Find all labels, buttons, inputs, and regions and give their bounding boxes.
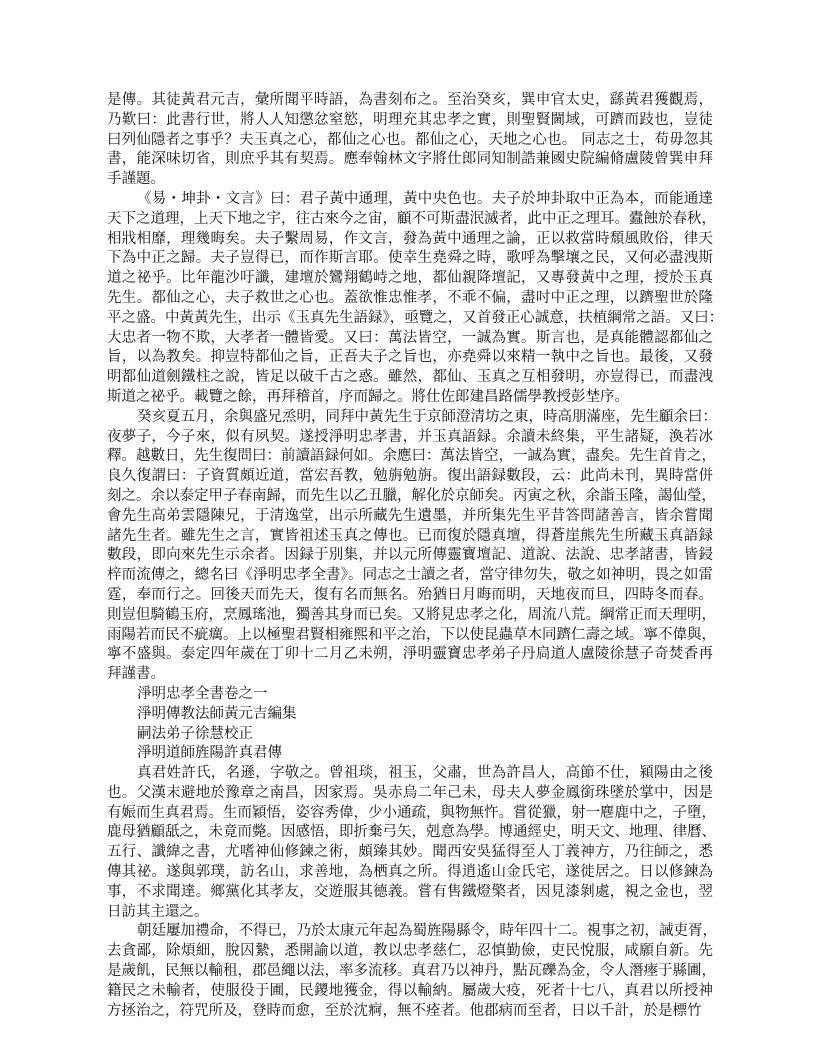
text-line: 也。父漢末避地於豫章之南昌，因家焉。吳赤烏二年己未，母夫人夢金鳳銜珠墜於掌中，因… <box>107 784 713 804</box>
text-line: 手謹題。 <box>107 170 713 190</box>
text-line: 真君姓許氏，名遜，字敬之。曾祖琰，祖玉，父肅，世為許昌人，高節不仕，潁陽由之後 <box>107 764 713 784</box>
text-line: 相戕相靡，理幾晦矣。夫子繫周易，作文言，發為黃中通理之論，正以救當時頹風敗俗，律… <box>107 230 713 250</box>
text-line: 籍民之未輸者，使服役于圃，民鑁地獲金，得以輸納。屬歲大疫，死者十七八，真君以所授… <box>107 982 713 1002</box>
text-line: 釋。越數日，先生復問曰：前讀語録何如。余應曰：萬法皆空，一誠為實，盡矣。先生首肯… <box>107 447 713 467</box>
text-line: 梓而流傳之，總名曰《淨明忠孝全書》。同志之士讀之者，當守律勿失，敬之如神明，畏之… <box>107 566 713 586</box>
text-line: 寧不盛與。泰定四年歲在丁卯十二月乙未朔，淨明靈寶忠孝弟子丹扃道人盧陵徐慧子奇焚香… <box>107 645 713 665</box>
text-line: 五行、讖緯之書，尤嗜神仙修鍊之術，頗臻其妙。聞西安吳猛得至人丁義神方，乃往師之，… <box>107 843 713 863</box>
section-heading: 嗣法弟子徐慧校正 <box>107 725 713 745</box>
text-line: 曰列仙隱者之事乎？夫玉真之心，都仙之心也。都仙之心，天地之心也。 同志之士，苟毋… <box>107 131 713 151</box>
text-line: 霆，奉而行之。回後天而先天，復有名而無名。殆猶日月晦而明，天地夜而旦，四時冬而春… <box>107 586 713 606</box>
text-line: 天下之道理，上天下地之宇，往古來今之宙，顧不可斯盡泯滅者，此中正之理耳。蠹蝕於春… <box>107 210 713 230</box>
paragraph: 是傳。其徒黃君元吉，彙所聞平時語，為書刻布之。至治癸亥，巽申官太史，繇黃君獲觀焉… <box>107 91 713 190</box>
text-line: 書，能深味切省，則庶乎其有契焉。應奉翰林文字將仕郎同知制誥兼國史院編脩盧陵曾巽申… <box>107 150 713 170</box>
text-line: 癸亥夏五月，余與盛兄烝明，同拜中黃先生于京師澄清坊之東，時高朋滿座，先生顧余曰： <box>107 408 713 428</box>
text-line: 良久復謂曰：子資質頗近道，當宏吾教，勉旃勉旃。復出語録數段，云：此尚未刊，異時當… <box>107 467 713 487</box>
text-line: 淨明傳教法師黃元吉編集 <box>107 705 713 725</box>
text-line: 有娠而生真君焉。生而穎悟，姿容秀偉，少小通疏，與物無忤。嘗從獵，射一麀鹿中之，子… <box>107 804 713 824</box>
text-line: 淨明忠孝全書卷之一 <box>107 685 713 705</box>
text-line: 先生。都仙之心，夫子救世之心也。蓋欲惟忠惟孝，不乖不偏，盡吋中正之理，以躋聖世於… <box>107 289 713 309</box>
text-line: 斯道之祕乎。載覽之餘，再拜稽首，序而歸之。將仕佐郎建昌路儒學教授彭埜序。 <box>107 388 713 408</box>
text-line: 日訪其主還之。 <box>107 903 713 923</box>
text-line: 則豈但騎鶴玉府，烹鳳瑤池，獨善其身而已矣。又將見忠孝之化，周流八荒。綱常正而天理… <box>107 606 713 626</box>
text-line: 旨，以為教矣。抑豈特都仙之旨，正吾夫子之旨也，亦堯舜以來精一執中之旨也。最後，又… <box>107 348 713 368</box>
text-line: 諸先生者。雖先生之言，實皆祖述玉真之傳也。已而復於隱真壇，得蒼崖熊先生所藏玉真語… <box>107 527 713 547</box>
text-line: 雨陽若而民不疵癘。上以極聖君賢相雍熙和平之治，下以使昆蟲草木同躋仁壽之域。寧不偉… <box>107 626 713 646</box>
text-line: 方拯治之，符咒所及，登時而愈，至於沈痾，無不痊者。他郡病而至者，日以千計，於是標… <box>107 1002 713 1022</box>
text-line: 會先生高弟雲隱陳兄，于清逸堂，出示所藏先生遺墨，并所集先生平昔答問諸善言，皆余嘗… <box>107 507 713 527</box>
text-line: 《易・坤卦・文言》曰：君子黃中通理，黃中央色也。夫子於坤卦取中正為本，而能通達 <box>107 190 713 210</box>
text-line: 夜夢子，今子來，似有夙契。遂授淨明忠孝書，并玉真語録。余讀未終集，平生諸疑，渙若… <box>107 428 713 448</box>
text-line: 明都仙道劍鐵柱之說，皆足以破千古之惑。雖然，都仙、玉真之互相發明，亦豈得已，而盡… <box>107 368 713 388</box>
text-line: 傳其祕。遂與郭璞，訪名山，求善地，為栖真之所。得逍遙山金氏宅，遂徙居之。日以修鍊… <box>107 863 713 883</box>
paragraph: 朝廷屢加禮命，不得已，乃於太康元年起為蜀旌陽縣令，時年四十二。視事之初，誡吏胥，… <box>107 922 713 1021</box>
section-heading: 淨明忠孝全書卷之一 <box>107 685 713 705</box>
paragraph: 真君姓許氏，名遜，字敬之。曾祖琰，祖玉，父肅，世為許昌人，高節不仕，潁陽由之後也… <box>107 764 713 922</box>
text-line: 事，不求聞達。鄉黨化其孝友，交遊服其德義。嘗有售鐵燈檠者，因見漆剝處，視之金也，… <box>107 883 713 903</box>
text-line: 平之盛。中黃黃先生，出示《玉真先生語録》，亟覽之，又首發正心誠意，扶植綱常之語。… <box>107 309 713 329</box>
text-line: 數段，即向來先生示余者。因録于別集，并以元所傳靈寶壇記、道說、法說、忠孝諸書，皆… <box>107 546 713 566</box>
text-line: 拜謹書。 <box>107 665 713 685</box>
text-line: 朝廷屢加禮命，不得已，乃於太康元年起為蜀旌陽縣令，時年四十二。視事之初，誡吏胥， <box>107 922 713 942</box>
text-line: 刻之。余以泰定甲子春南歸，而先生以乙丑臘，解化於京師矣。丙寅之秋，余詣玉隆，謁仙… <box>107 487 713 507</box>
text-line: 大忠者一物不欺，大孝者一體皆愛。又曰：萬法皆空，一誠為實。斯言也，是真能體認都仙… <box>107 329 713 349</box>
text-line: 鹿母猶顧舐之，未竟而斃。因感悟，即折棄弓矢，剋意為學。博通經史，明天文、地理、律… <box>107 823 713 843</box>
section-heading: 淨明傳教法師黃元吉編集 <box>107 705 713 725</box>
text-line: 淨明道師旌陽許真君傳 <box>107 744 713 764</box>
paragraph: 《易・坤卦・文言》曰：君子黃中通理，黃中央色也。夫子於坤卦取中正為本，而能通達天… <box>107 190 713 408</box>
text-line: 下為中正之歸。夫子豈得已，而作斯言耶。使幸生堯舜之時，歌呼為擊壤之民，又何必盡洩… <box>107 249 713 269</box>
paragraph: 癸亥夏五月，余與盛兄烝明，同拜中黃先生于京師澄清坊之東，時高朋滿座，先生顧余曰：… <box>107 408 713 685</box>
text-line: 是歲飢，民無以輸租，郡邑繩以法，率多流移。真君乃以神丹，點瓦礫為金，令人潛瘞于縣… <box>107 962 713 982</box>
text-line: 去貪鄙，除煩細，脫囚縶，悉開諭以道，教以忠孝慈仁，忍慎勤儉，吏民悅服，咸願自新。… <box>107 942 713 962</box>
text-line: 嗣法弟子徐慧校正 <box>107 725 713 745</box>
document-page: 是傳。其徒黃君元吉，彙所聞平時語，為書刻布之。至治癸亥，巽申官太史，繇黃君獲觀焉… <box>107 91 713 1021</box>
text-line: 道之祕乎。比年龍沙吁讖，建壇於鸞翔鶴峙之地，都仙親降壇記，又專發黃中之理，授於玉… <box>107 269 713 289</box>
text-line: 乃歎曰：此書行世，將人人知懲忿窒慾，明理充其忠孝之實，則聖賢閫域，可躋而跂也，豈… <box>107 111 713 131</box>
text-line: 是傳。其徒黃君元吉，彙所聞平時語，為書刻布之。至治癸亥，巽申官太史，繇黃君獲觀焉… <box>107 91 713 111</box>
section-heading: 淨明道師旌陽許真君傳 <box>107 744 713 764</box>
